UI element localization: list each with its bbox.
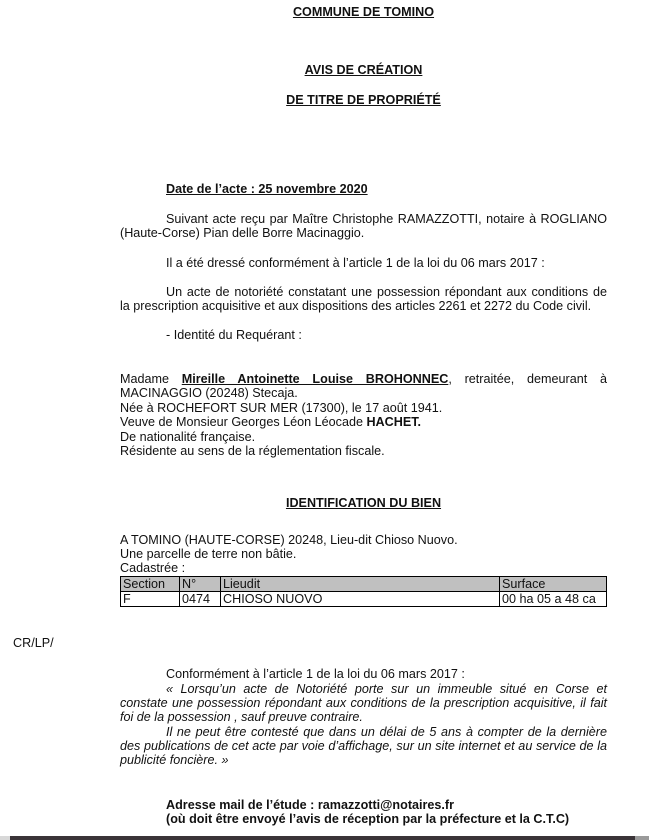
loi-quote-2: Il ne peut être contesté que dans un dél… xyxy=(120,725,607,767)
table-row: F 0474 CHIOSO NUOVO 00 ha 05 a 48 ca xyxy=(121,592,607,607)
requerant-birth: Née à ROCHEFORT SUR MER (17300), le 17 a… xyxy=(120,401,607,415)
requerant-widow: Veuve de Monsieur Georges Léon Léocade H… xyxy=(120,415,607,429)
commune-title: COMMUNE DE TOMINO xyxy=(120,5,607,19)
requerant-civilite: Madame xyxy=(120,372,169,386)
notaire-paragraph: Suivant acte reçu par Maître Christophe … xyxy=(120,212,607,240)
cell-lieudit: CHIOSO NUOVO xyxy=(221,592,500,607)
loi-intro: Conformément à l’article 1 de la loi du … xyxy=(120,667,607,681)
avis-title-line2: DE TITRE DE PROPRIÉTÉ xyxy=(120,93,607,107)
cadastre-label: Cadastrée : xyxy=(120,561,607,575)
identite-label: - Identité du Requérant : xyxy=(120,328,607,342)
requerant-name: Mireille Antoinette Louise BROHONNEC xyxy=(182,372,449,386)
widow-prefix: Veuve de Monsieur Georges Léon Léocade xyxy=(120,415,366,429)
requerant-line: Madame Mireille Antoinette Louise BROHON… xyxy=(120,372,607,386)
acte-date: Date de l’acte : 25 novembre 2020 xyxy=(166,182,368,196)
bien-location: A TOMINO (HAUTE-CORSE) 20248, Lieu-dit C… xyxy=(120,533,607,547)
viewer-bottom-bar xyxy=(0,836,649,840)
cell-number: 0474 xyxy=(180,592,221,607)
header-section: Section xyxy=(121,577,180,592)
notoriete-paragraph: Un acte de notoriété constatant une poss… xyxy=(120,285,607,313)
requerant-nationality: De nationalité française. xyxy=(120,430,607,444)
bar-right-cap xyxy=(635,836,649,840)
bien-description: Une parcelle de terre non bâtie. xyxy=(120,547,607,561)
contact-note: (où doit être envoyé l’avis de réception… xyxy=(166,812,569,826)
bar-left-cap xyxy=(0,836,10,840)
cadastre-header-row: Section N° Lieudit Surface xyxy=(121,577,607,592)
cell-surface: 00 ha 05 a 48 ca xyxy=(500,592,607,607)
cell-section: F xyxy=(121,592,180,607)
header-lieudit: Lieudit xyxy=(221,577,500,592)
dresse-paragraph: Il a été dressé conformément à l’article… xyxy=(120,256,607,270)
cadastre-table: Section N° Lieudit Surface F 0474 CHIOSO… xyxy=(120,576,607,607)
header-surface: Surface xyxy=(500,577,607,592)
requerant-residence: Résidente au sens de la réglementation f… xyxy=(120,444,607,458)
avis-title-line1: AVIS DE CRÉATION xyxy=(120,63,607,77)
contact-email: Adresse mail de l’étude : ramazzotti@not… xyxy=(166,798,454,812)
loi-quote-1: « Lorsqu’un acte de Notoriété porte sur … xyxy=(120,682,607,724)
header-number: N° xyxy=(180,577,221,592)
reference-initials: CR/LP/ xyxy=(13,636,54,650)
widow-spouse-name: HACHET. xyxy=(366,415,421,429)
bien-title: IDENTIFICATION DU BIEN xyxy=(120,496,607,510)
requerant-address: MACINAGGIO (20248) Stecaja. xyxy=(120,386,607,400)
requerant-suite: , retraitée, demeurant à xyxy=(448,372,607,386)
